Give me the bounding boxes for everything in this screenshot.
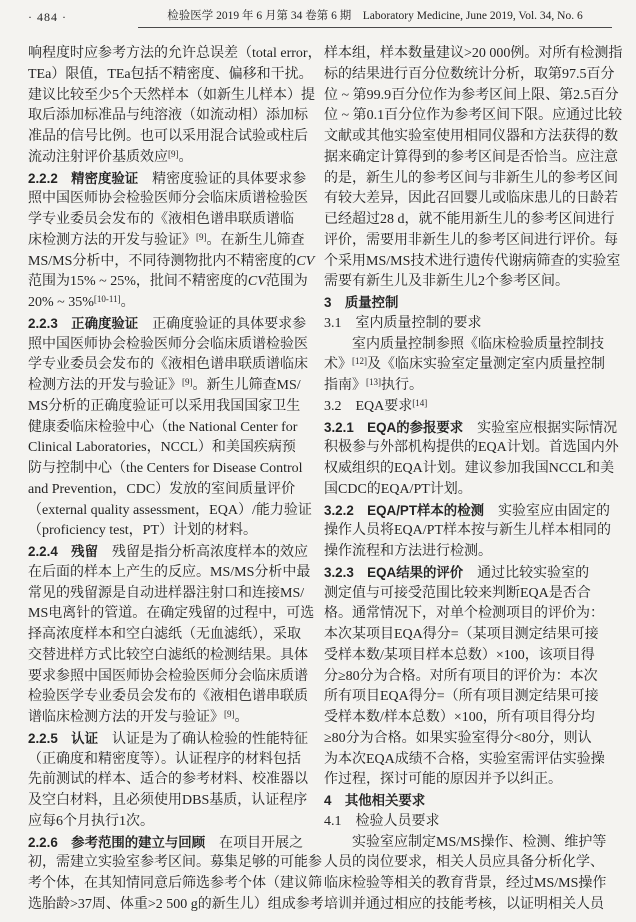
right-column: 样本组，样本数量建议>20 000例。对所有检测指标的结果进行百分位数统计分析，… (324, 44, 612, 916)
text-line: TEa）限值，TEa包括不精密度、偏移和干扰。 (28, 65, 316, 86)
text-line: 准品的信号比例。也可以采用混合试验或柱后 (28, 127, 316, 148)
text-line: 测定值与可接受范围比较来判断EQA是否合 (324, 584, 612, 605)
text-line: 在后面的样本上产生的反应。MS/MS分析中最 (28, 563, 316, 584)
text-line: 学专业委员会发布的《液相色谱串联质谱临 (28, 210, 316, 231)
text-line: 3 质量控制 (324, 293, 612, 314)
text-line: （external quality assessment，EQA）/能力验证 (28, 501, 316, 522)
text-line: 2.2.4 残留 残留是指分析高浓度样本的效应 (28, 542, 316, 563)
text-line: 4 其他相关要求 (324, 791, 612, 812)
text-line: 为本次EQA成绩不合格，实验室需评估实验操 (324, 750, 612, 771)
text-line: 分≥80分为合格。对所有项目的评价为：本次 (324, 667, 612, 688)
text-line: 术》[12]及《临床实验室定量测定室内质量控制 (324, 355, 612, 376)
text-line: 有较大差异，因此召回婴儿或临床患儿的日龄若 (324, 189, 612, 210)
text-line: 3.2.1 EQA的参报要求 实验室应根据实际情况 (324, 418, 612, 439)
page-number: · 484 · (28, 10, 67, 25)
text-line: 培训并通过相应的技能考核，以证明相关人员 (324, 895, 612, 916)
text-line: 谱临床检测方法的开发与验证》[9]。 (28, 708, 316, 729)
text-line: 照中国医师协会检验医师分会临床质谱检验医 (28, 189, 316, 210)
text-line: 20% ~ 35%[10-11]。 (28, 293, 316, 314)
text-line: 健康委临床检验中心（the National Center for (28, 418, 316, 439)
text-line: ≥80分为合格。如果实验室得分<80分，则认 (324, 729, 612, 750)
text-line: 的是，新生儿的参考区间与非新生儿的参考区间 (324, 169, 612, 190)
text-line: 建议比较至少5个天然样本（如新生儿样本）提 (28, 86, 316, 107)
left-column: 响程度时应参考方法的允许总误差（total error，TEa）限值，TEa包括… (28, 44, 316, 916)
text-line: 所有项目EQA得分=（所有项目测定结果可接 (324, 687, 612, 708)
text-line: 受样本数/某项目样本总数）×100，该项目得 (324, 646, 612, 667)
text-line: 先前测试的样本、适合的参考材料、校准器以 (28, 770, 316, 791)
text-line: 临床检验等相关的教育背景，经过MS/MS操作 (324, 874, 612, 895)
text-line: 防与控制中心（the Centers for Disease Control (28, 459, 316, 480)
text-line: 个采用MS/MS技术进行遗传代谢病筛查的实验室 (324, 252, 612, 273)
text-line: 据来确定计算得到的参考区间是否恰当。应注意 (324, 148, 612, 169)
text-line: 4.1 检验人员要求 (324, 812, 612, 833)
text-line: 应每6个月执行1次。 (28, 812, 316, 833)
text-line: 人员的岗位要求，相关人员应具备分析化学、 (324, 853, 612, 874)
text-line: 检测方法的开发与验证》[9]。新生儿筛查MS/ (28, 376, 316, 397)
text-line: 响程度时应参考方法的允许总误差（total error， (28, 44, 316, 65)
text-line: 2.2.5 认证 认证是为了确认检验的性能特征 (28, 729, 316, 750)
text-line: MS/MS分析中，不同待测物批内不精密度的CV (28, 252, 316, 273)
text-line: 样本组，样本数量建议>20 000例。对所有检测指 (324, 44, 612, 65)
document-page: · 484 · 检验医学 2019 年 6 月第 34 卷第 6 期 Labor… (0, 0, 636, 922)
text-line: 受样本数/样本总数）×100，所有项目得分均 (324, 708, 612, 729)
text-line: 检验医学专业委员会发布的《液相色谱串联质 (28, 687, 316, 708)
journal-header-line: 检验医学 2019 年 6 月第 34 卷第 6 期 Laboratory Me… (138, 7, 612, 28)
text-line: 常见的残留源是自动进样器注射口和连接MS/ (28, 584, 316, 605)
text-line: 位 ~ 第99.9百分位作为参考区间上限、第2.5百分 (324, 86, 612, 107)
text-line: 2.2.3 正确度验证 正确度验证的具体要求参 (28, 314, 316, 335)
text-line: and Prevention，CDC）发放的室间质量评价 (28, 480, 316, 501)
text-line: 作过程，探讨可能的原因并予以纠正。 (324, 770, 612, 791)
text-line: 照中国医师协会检验医师分会临床质谱检验医 (28, 335, 316, 356)
text-line: （proficiency test，PT）计划的材料。 (28, 521, 316, 542)
text-line: 评价，需要用非新生儿的参考区间进行评价。每 (324, 231, 612, 252)
text-line: 学专业委员会发布的《液相色谱串联质谱临床 (28, 355, 316, 376)
text-line: 要求参照中国医师协会检验医师分会临床质谱 (28, 667, 316, 688)
text-line: 本次某项目EQA得分=（某项目测定结果可接 (324, 625, 612, 646)
text-line: 权威组织的EQA计划。建议参加我国NCCL和美 (324, 459, 612, 480)
text-line: 2.2.6 参考范围的建立与回顾 在项目开展之 (28, 833, 316, 854)
text-line: 流动注射评价基质效应[9]。 (28, 148, 316, 169)
text-line: 3.2.2 EQA/PT样本的检测 实验室应由固定的 (324, 501, 612, 522)
text-line: 及空白材料，且必须使用DBS基质，认证程序 (28, 791, 316, 812)
text-line: 选胎龄>37周、体重>2 500 g的新生儿）组成参考 (28, 895, 316, 916)
text-line: 实验室应制定MS/MS操作、检测、维护等 (324, 833, 612, 854)
text-line: 3.1 室内质量控制的要求 (324, 314, 612, 335)
text-line: 取后添加标准品与纯溶液（如流动相）添加标 (28, 106, 316, 127)
text-line: MS电离针的管道。在确定残留的过程中，可选 (28, 604, 316, 625)
text-line: Clinical Laboratories，NCCL）和美国疾病预 (28, 438, 316, 459)
text-line: 指南》[13]执行。 (324, 376, 612, 397)
text-line: 范围为15% ~ 25%，批间不精密度的CV范围为 (28, 272, 316, 293)
text-line: 需要有新生儿及非新生儿2个参考区间。 (324, 272, 612, 293)
text-line: 文献或其他实验室使用相同仪器和方法获得的数 (324, 127, 612, 148)
text-line: 初，需建立实验室参考区间。募集足够的可能参 (28, 853, 316, 874)
text-line: 操作人员将EQA/PT样本按与新生儿样本相同的 (324, 521, 612, 542)
text-line: 室内质量控制参照《临床检验质量控制技 (324, 335, 612, 356)
text-line: 操作流程和方法进行检测。 (324, 542, 612, 563)
text-line: 国CDC的EQA/PT计划。 (324, 480, 612, 501)
text-line: 位 ~ 第0.1百分位作为参考区间下限。应通过比较 (324, 106, 612, 127)
text-line: 3.2 EQA要求[14] (324, 397, 612, 418)
text-line: 积极参与外部机构提供的EQA计划。首选国内外 (324, 438, 612, 459)
text-line: 格。通常情况下，对单个检测项目的评价为： (324, 604, 612, 625)
text-line: （正确度和精密度等）。认证程序的材料包括 (28, 750, 316, 771)
text-line: 标的结果进行百分位数统计分析，取第97.5百分 (324, 65, 612, 86)
text-line: 考个体，在其知情同意后筛选参考个体（建议筛 (28, 874, 316, 895)
text-line: 交替进样方式比较空白滤纸的检测结果。具体 (28, 646, 316, 667)
text-line: MS分析的正确度验证可以采用我国国家卫生 (28, 397, 316, 418)
text-line: 床检测方法的开发与验证》[9]。在新生儿筛查 (28, 231, 316, 252)
text-line: 3.2.3 EQA结果的评价 通过比较实验室的 (324, 563, 612, 584)
text-line: 已经超过28 d，就不能用新生儿的参考区间进行 (324, 210, 612, 231)
text-line: 择高浓度样本和空白滤纸（无血滤纸），采取 (28, 625, 316, 646)
text-line: 2.2.2 精密度验证 精密度验证的具体要求参 (28, 169, 316, 190)
